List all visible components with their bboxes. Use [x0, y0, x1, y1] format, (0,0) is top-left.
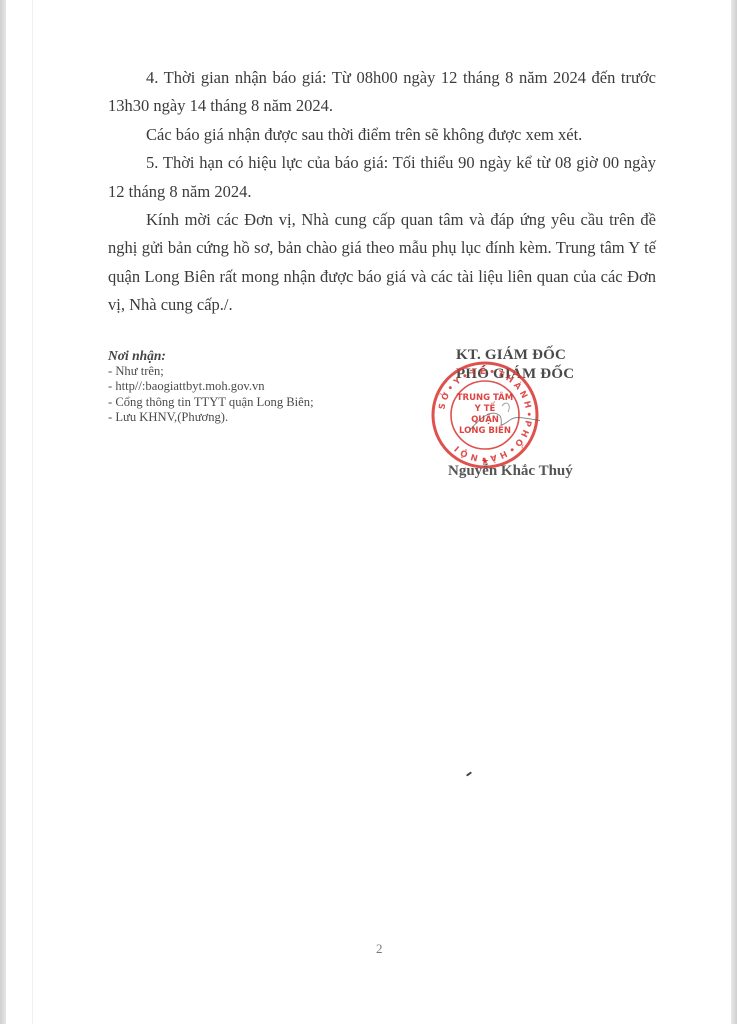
- document-body: 4. Thời gian nhận báo giá: Từ 08h00 ngày…: [108, 64, 656, 320]
- scan-fold-line: [32, 0, 33, 1024]
- scan-right-edge: [731, 0, 737, 1024]
- signer-name: Nguyễn Khắc Thuý: [448, 463, 573, 480]
- paragraph-quote-time: 4. Thời gian nhận báo giá: Từ 08h00 ngày…: [108, 64, 656, 121]
- page-number: 2: [376, 941, 383, 957]
- recipient-item: - Như trên;: [108, 364, 388, 380]
- svg-text:LONG BIÊN: LONG BIÊN: [459, 424, 511, 436]
- paragraph-validity: 5. Thời hạn có hiệu lực của báo giá: Tối…: [108, 149, 656, 206]
- paragraph-invitation: Kính mời các Đơn vị, Nhà cung cấp quan t…: [108, 206, 656, 320]
- paragraph-late-quotes: Các báo giá nhận được sau thời điểm trên…: [108, 121, 656, 149]
- official-stamp: S Ở • Y • T Ế • T H À N H • P H Ố • H À …: [430, 360, 540, 470]
- scan-left-edge: [0, 0, 6, 1024]
- signature-block: KT. GIÁM ĐỐC PHÓ GIÁM ĐỐC S Ở • Y • T Ế …: [430, 344, 610, 494]
- recipients-heading: Nơi nhận:: [108, 348, 388, 364]
- recipient-item: - Lưu KHNV,(Phương).: [108, 410, 388, 426]
- recipients-block: Nơi nhận: - Như trên; - http//:baogiattb…: [108, 348, 388, 426]
- svg-text:TRUNG TÂM: TRUNG TÂM: [457, 391, 513, 403]
- recipient-item: - http//:baogiattbyt.moh.gov.vn: [108, 379, 388, 395]
- scan-speck: [466, 771, 472, 776]
- recipient-item: - Cổng thông tin TTYT quận Long Biên;: [108, 395, 388, 411]
